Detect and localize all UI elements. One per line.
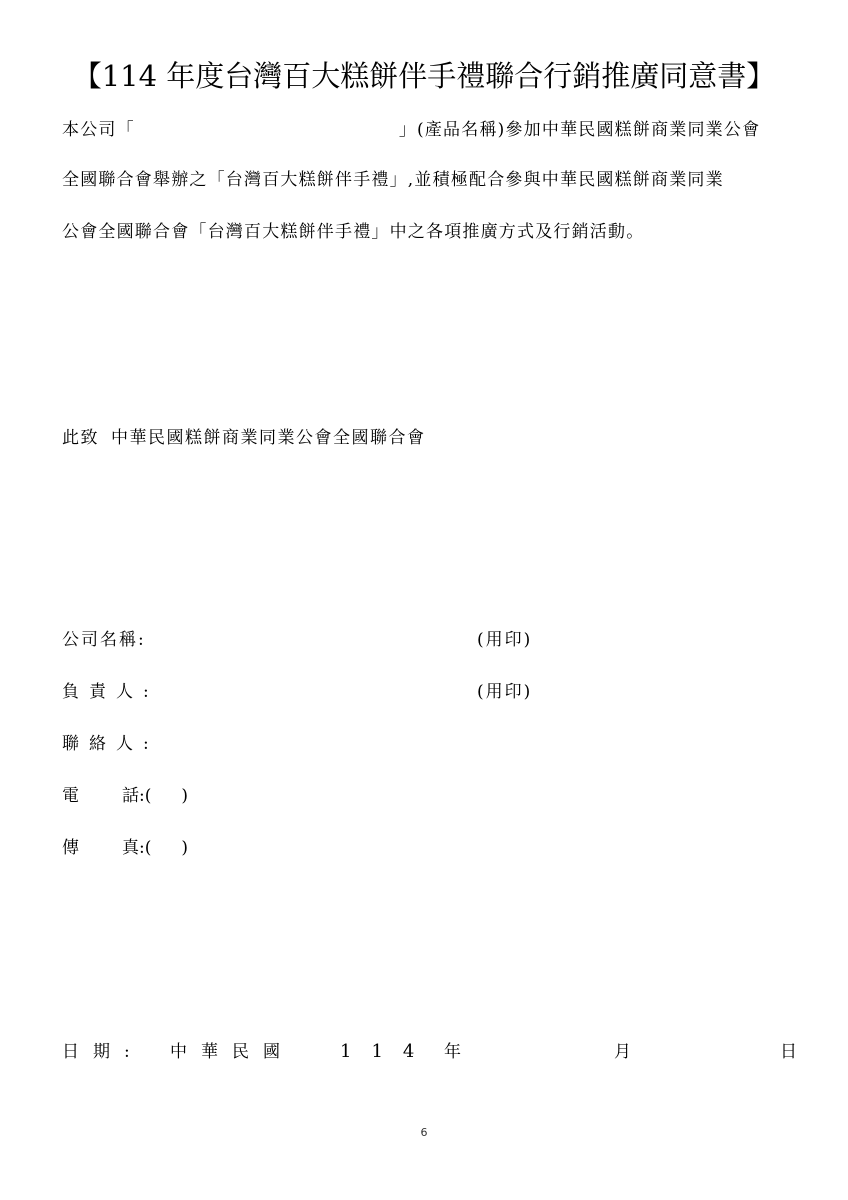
date-year: 114 <box>340 1038 434 1066</box>
contact-field: 聯絡人: <box>62 730 159 758</box>
fax-label-b: 真: <box>122 838 145 858</box>
phone-label-a: 電 <box>62 782 122 810</box>
company-name-label: 公司名稱: <box>62 626 146 654</box>
paragraph-line-1-suffix: 」(產品名稱)參加中華民國糕餅商業同業公會 <box>399 120 760 140</box>
date-month-unit: 月 <box>614 1038 631 1066</box>
owner-label: 負責人: <box>62 678 159 706</box>
fax-paren-close: ) <box>181 838 188 858</box>
document-title: 【114 年度台灣百大糕餅伴手禮聯合行銷推廣同意書】 <box>0 54 848 98</box>
company-seal-label: (用印) <box>477 626 532 654</box>
phone-paren-close: ) <box>181 786 188 806</box>
date-label: 日期: <box>62 1038 144 1066</box>
owner-field: 負責人: <box>62 678 159 706</box>
contact-label: 聯絡人: <box>62 730 159 758</box>
date-year-unit: 年 <box>444 1038 461 1066</box>
date-row: 日期: 中華民國 114 年 月 日 <box>62 1038 798 1066</box>
paragraph-line-1-prefix: 本公司「 <box>62 120 135 140</box>
salutation: 此致中華民國糕餅商業同業公會全國聯合會 <box>62 424 426 452</box>
salutation-prefix: 此致 <box>62 428 99 448</box>
paragraph-line-3: 公會全國聯合會「台灣百大糕餅伴手禮」中之各項推廣方式及行銷活動。 <box>62 218 644 246</box>
phone-field: 電話:() <box>62 782 188 810</box>
document-page: 【114 年度台灣百大糕餅伴手禮聯合行銷推廣同意書】 本公司「」(產品名稱)參加… <box>0 0 848 1200</box>
paragraph-line-1: 本公司「」(產品名稱)參加中華民國糕餅商業同業公會 <box>62 116 802 144</box>
page-number: 6 <box>0 1126 848 1139</box>
company-name-field: 公司名稱: <box>62 626 146 654</box>
fax-field: 傳真:() <box>62 834 188 862</box>
phone-label-b: 話: <box>122 786 145 806</box>
phone-paren-open: ( <box>145 786 152 806</box>
paragraph-line-2: 全國聯合會舉辦之「台灣百大糕餅伴手禮」,並積極配合參與中華民國糕餅商業同業 <box>62 166 724 194</box>
owner-seal-label: (用印) <box>477 678 532 706</box>
fax-paren-open: ( <box>145 838 152 858</box>
date-day-unit: 日 <box>780 1038 797 1066</box>
date-era: 中華民國 <box>170 1038 294 1066</box>
salutation-recipient: 中華民國糕餅商業同業公會全國聯合會 <box>111 428 426 448</box>
fax-label-a: 傳 <box>62 834 122 862</box>
